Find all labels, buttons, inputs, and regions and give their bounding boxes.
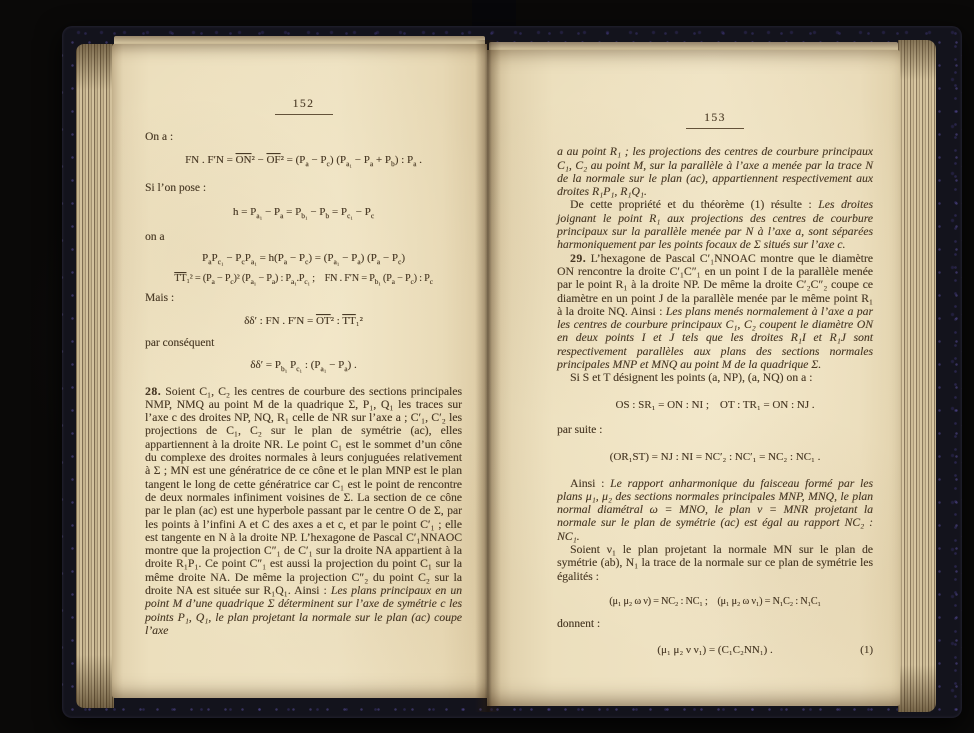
paragraph-29-number: 29.: [570, 252, 586, 265]
label-par-consequent: par conséquent: [145, 337, 462, 350]
formula-dd-value: δδ′ = Pb₁ Pc₁ : (Pa₁ − Pa) .: [145, 359, 462, 372]
paragraph-29: 29. L’hexagone de Pascal C′₁NNOAC montre…: [557, 252, 873, 372]
formula-h: h = Pa₁ − Pa = Pb₁ − Pb = Pc₁ − Pc: [145, 206, 462, 219]
book-photo: 152 On a : FN . F′N = ON² − OF² = (Pa − …: [0, 0, 974, 733]
page-edge-stack-left: [76, 44, 114, 708]
formula-mu-nu: (μ₁ μ₂ ν ν₁) = (C₁C₂NN₁) .: [657, 644, 772, 656]
label-mais: Mais :: [145, 292, 462, 305]
label-on-a-2: on a: [145, 231, 462, 244]
line-si-s-et-t: Si S et T désignent les points (a, NP), …: [557, 371, 873, 384]
formula-tt: TT₁² = (Pa − Pc)² (Pa₁ − Pa) : Pa₁.Pc₁ ;…: [145, 272, 462, 285]
right-page-number-rule: [686, 128, 744, 129]
paragraph-ainsi-roman: Ainsi :: [570, 477, 610, 490]
left-page-number-rule: [275, 114, 333, 115]
formula-or1st: (OR₁ST) = NJ : NI = NC′₂ : NC′₁ = NC₂ : …: [557, 451, 873, 464]
formula-pp: PaPc₁ − PcPa₁ = h(Pa − Pc) = (Pa₁ − Pa) …: [145, 252, 462, 265]
formula-mu-omega: (μ₁ μ₂ ω ν) = NC₂ : NC₁ ; (μ₁ μ₂ ω ν₁) =…: [557, 595, 873, 608]
formula-os-sr: OS : SR₁ = ON : NI ; OT : TR₁ = ON : NJ …: [557, 399, 873, 412]
paragraph-soient: Soient ν₁ le plan projetant la normale M…: [557, 543, 873, 583]
paragraph-28: 28. Soient C₁, C₂ les centres de courbur…: [145, 385, 462, 638]
paragraph-ainsi: Ainsi : Le rapport anharmonique du faisc…: [557, 477, 873, 543]
gutter-shadow: [475, 40, 501, 712]
paragraph-28-text: Soient C₁, C₂ les centres de courbure de…: [145, 385, 462, 597]
label-donnent: donnent :: [557, 618, 873, 631]
paragraph-propriete: De cette propriété et du théorème (1) ré…: [557, 198, 873, 251]
paragraph-continuation-italic: a au point R₁ ; les projections des cent…: [557, 145, 873, 198]
label-par-suite: par suite :: [557, 424, 873, 437]
formula-fn-fn: FN . F′N = ON² − OF² = (Pa − Pc) (Pa₁ − …: [145, 154, 462, 167]
paragraph-28-number: 28.: [145, 385, 161, 398]
page-edge-stack-right: [898, 40, 936, 712]
left-page-number: 152: [145, 98, 462, 111]
formula-dd-ratio: δδ′ : FN . F′N = OT² : TT₁²: [145, 315, 462, 328]
right-page-content: 153 a au point R₁ ; les projections des …: [557, 112, 873, 657]
right-page-number: 153: [557, 112, 873, 125]
equation-number: (1): [860, 644, 873, 657]
formula-final-row: (μ₁ μ₂ ν ν₁) = (C₁C₂NN₁) .(1): [557, 644, 873, 657]
label-si-lon-pose: Si l’on pose :: [145, 182, 462, 195]
paragraph-propriete-roman: De cette propriété et du théorème (1) ré…: [570, 198, 818, 211]
label-on-a: On a :: [145, 131, 462, 144]
left-page-content: 152 On a : FN . F′N = ON² − OF² = (Pa − …: [145, 98, 462, 637]
